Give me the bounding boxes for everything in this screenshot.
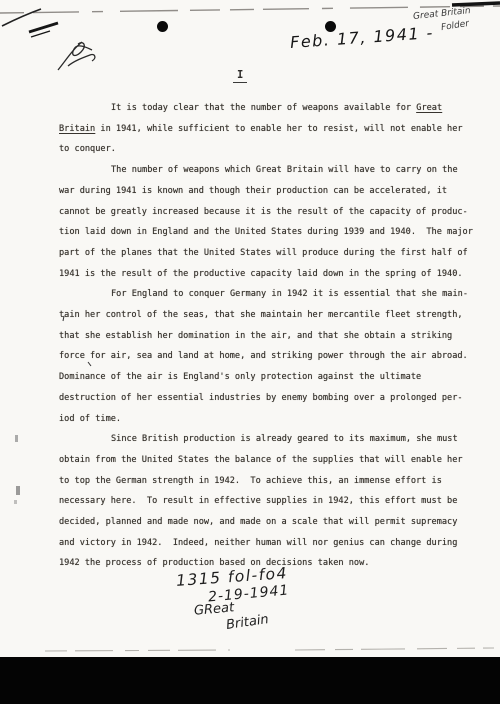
typed-text-segment: obtain from the United States the balanc… (59, 455, 463, 465)
typed-body-text: It is today clear that the number of wea… (59, 98, 489, 574)
typed-line: and victory in 1942. Indeed, neither hum… (59, 533, 489, 554)
scan-bottom-bar (0, 657, 500, 704)
typed-text-segment: destruction of her essential industries … (59, 393, 463, 403)
underlined-text: Great (416, 103, 442, 113)
typed-text-segment: force for air, sea and land at home, and… (59, 351, 468, 361)
hole-punch-icon (157, 21, 168, 32)
typed-text-segment: Dominance of the air is England's only p… (59, 372, 421, 382)
typed-text-segment: to conquer. (59, 144, 116, 154)
typed-text-segment: The number of weapons which Great Britai… (111, 165, 458, 175)
typed-line: The number of weapons which Great Britai… (59, 160, 489, 181)
typed-line: cannot be greatly increased because it i… (59, 202, 489, 223)
handwritten-great: GReat (193, 600, 234, 618)
typed-text-segment: 1941 is the result of the productive cap… (59, 269, 463, 279)
typed-line: war during 1941 is known and though thei… (59, 181, 489, 202)
underlined-text: Britain (59, 124, 95, 134)
typed-text-segment: It is today clear that the number of wea… (111, 103, 416, 113)
typed-line: 1941 is the result of the productive cap… (59, 264, 489, 285)
typed-text-segment: in 1941, while sufficient to enable her … (95, 124, 462, 134)
typed-line: necessary here. To result in effective s… (59, 491, 489, 512)
typed-text-segment: necessary here. To result in effective s… (59, 496, 457, 506)
typed-text-segment: part of the planes that the United State… (59, 248, 468, 258)
typed-line: to conquer. (59, 139, 489, 160)
typed-text-segment: tion laid down in England and the United… (59, 227, 473, 237)
typed-line: tain her control of the seas, that she m… (59, 305, 489, 326)
typed-line: decided, planned and made now, and made … (59, 512, 489, 533)
typed-text-segment: that she establish her domination in the… (59, 331, 452, 341)
typed-line: It is today clear that the number of wea… (59, 98, 489, 119)
typed-line: iod of time. (59, 409, 489, 430)
handwritten-folder-label-line2: Folder (440, 19, 469, 33)
typed-text-segment: to top the German strength in 1942. To a… (59, 476, 442, 486)
typed-text-segment: and victory in 1942. Indeed, neither hum… (59, 538, 457, 548)
typed-text-segment: cannot be greatly increased because it i… (59, 207, 468, 217)
typed-line: obtain from the United States the balanc… (59, 450, 489, 471)
typed-text-segment: tain her control of the seas, that she m… (59, 310, 463, 320)
typed-line: to top the German strength in 1942. To a… (59, 471, 489, 492)
typed-line: For England to conquer Germany in 1942 i… (59, 284, 489, 305)
typed-line: Britain in 1941, while sufficient to ena… (59, 119, 489, 140)
typed-text-segment: war during 1941 is known and though thei… (59, 186, 447, 196)
pencil-scribble-icon (58, 42, 95, 70)
typed-line: Dominance of the air is England's only p… (59, 367, 489, 388)
typed-text-segment: decided, planned and made now, and made … (59, 517, 457, 527)
typed-text-segment: For England to conquer Germany in 1942 i… (111, 289, 468, 299)
typed-line: destruction of her essential industries … (59, 388, 489, 409)
typed-line: Since British production is already gear… (59, 429, 489, 450)
typed-text-segment: iod of time. (59, 414, 121, 424)
typed-text-segment: Since British production is already gear… (111, 434, 458, 444)
scanned-document-page: Feb. 17, 1941 - Great Britain Folder I I… (0, 0, 500, 704)
section-heading-numeral: I (233, 69, 247, 83)
typed-line: force for air, sea and land at home, and… (59, 346, 489, 367)
handwritten-date-top: Feb. 17, 1941 - (290, 23, 435, 52)
typed-line: part of the planes that the United State… (59, 243, 489, 264)
typed-text-segment: 1942 the process of production based on … (59, 558, 369, 568)
typed-line: that she establish her domination in the… (59, 326, 489, 347)
typed-line: tion laid down in England and the United… (59, 222, 489, 243)
